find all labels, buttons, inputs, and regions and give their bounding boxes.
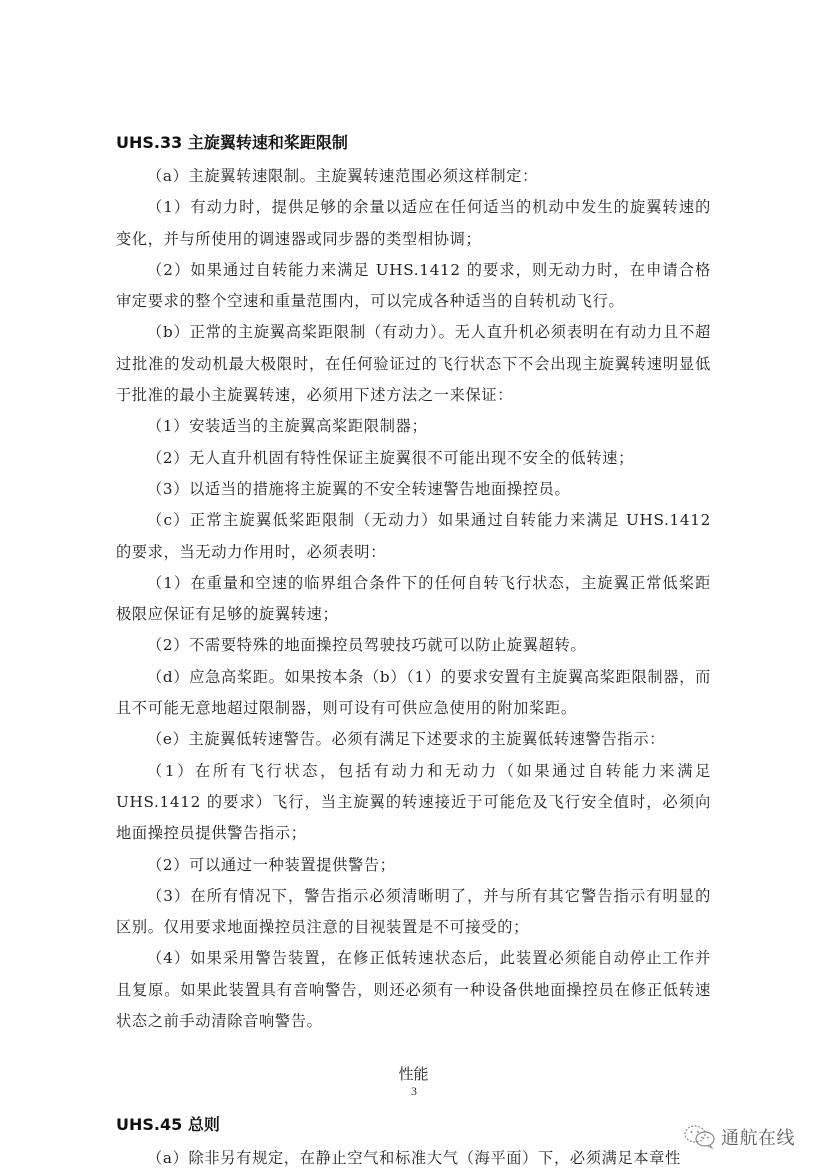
document-page: UHS.33 主旋翼转速和桨距限制 （a）主旋翼转速限制。主旋翼转速范围必须这样… xyxy=(0,0,826,1169)
paragraph: （4）如果采用警告装置，在修正低转速状态后，此装置必须能自动停止工作并且复原。如… xyxy=(116,943,711,1037)
section-heading-uhs45: UHS.45 总则 xyxy=(116,1115,711,1137)
paragraph: （a）除非另有规定，在静止空气和标准大气（海平面）下，必须满足本章性 xyxy=(116,1143,711,1169)
paragraph: （b）正常的主旋翼高桨距限制（有动力）。无人直升机必须表明在有动力且不超过批准的… xyxy=(116,317,711,411)
paragraph: （1）有动力时，提供足够的余量以适应在任何适当的机动中发生的旋翼转速的变化，并与… xyxy=(116,192,711,255)
paragraph: （2）不需要特殊的地面操控员驾驶技巧就可以防止旋翼超转。 xyxy=(116,630,711,661)
wechat-icon xyxy=(683,1124,717,1150)
paragraph: （2）无人直升机固有特性保证主旋翼很不可能出现不安全的低转速； xyxy=(116,443,711,474)
paragraph: （3）以适当的措施将主旋翼的不安全转速警告地面操控员。 xyxy=(116,474,711,505)
paragraph: （2）可以通过一种装置提供警告； xyxy=(116,850,711,881)
watermark: 通航在线 xyxy=(683,1124,795,1150)
document-content: UHS.33 主旋翼转速和桨距限制 （a）主旋翼转速限制。主旋翼转速范围必须这样… xyxy=(116,133,711,1169)
paragraph: （3）在所有情况下，警告指示必须清晰明了，并与所有其它警告指示有明显的区别。仅用… xyxy=(116,881,711,944)
paragraph: （a）主旋翼转速限制。主旋翼转速范围必须这样制定： xyxy=(116,161,711,192)
page-number: 3 xyxy=(404,1084,424,1099)
paragraph: （c）正常主旋翼低桨距限制（无动力）如果通过自转能力来满足 UHS.1412 的… xyxy=(116,505,711,568)
paragraph: （e）主旋翼低转速警告。必须有满足下述要求的主旋翼低转速警告指示： xyxy=(116,724,711,755)
spacer xyxy=(116,1037,711,1064)
paragraph: （1）在所有飞行状态，包括有动力和无动力（如果通过自转能力来满足 UHS.141… xyxy=(116,756,711,850)
section-heading-uhs33: UHS.33 主旋翼转速和桨距限制 xyxy=(116,133,711,155)
paragraph: （d）应急高桨距。如果按本条（b）（1）的要求安置有主旋翼高桨距限制器，而且不可… xyxy=(116,662,711,725)
paragraph: （1）安装适当的主旋翼高桨距限制器； xyxy=(116,411,711,442)
paragraph: （1）在重量和空速的临界组合条件下的任何自转飞行状态，主旋翼正常低桨距极限应保证… xyxy=(116,568,711,631)
section-title-performance: 性能 xyxy=(116,1064,711,1084)
watermark-text: 通航在线 xyxy=(721,1124,795,1150)
paragraph: （2）如果通过自转能力来满足 UHS.1412 的要求，则无动力时，在申请合格审… xyxy=(116,255,711,318)
